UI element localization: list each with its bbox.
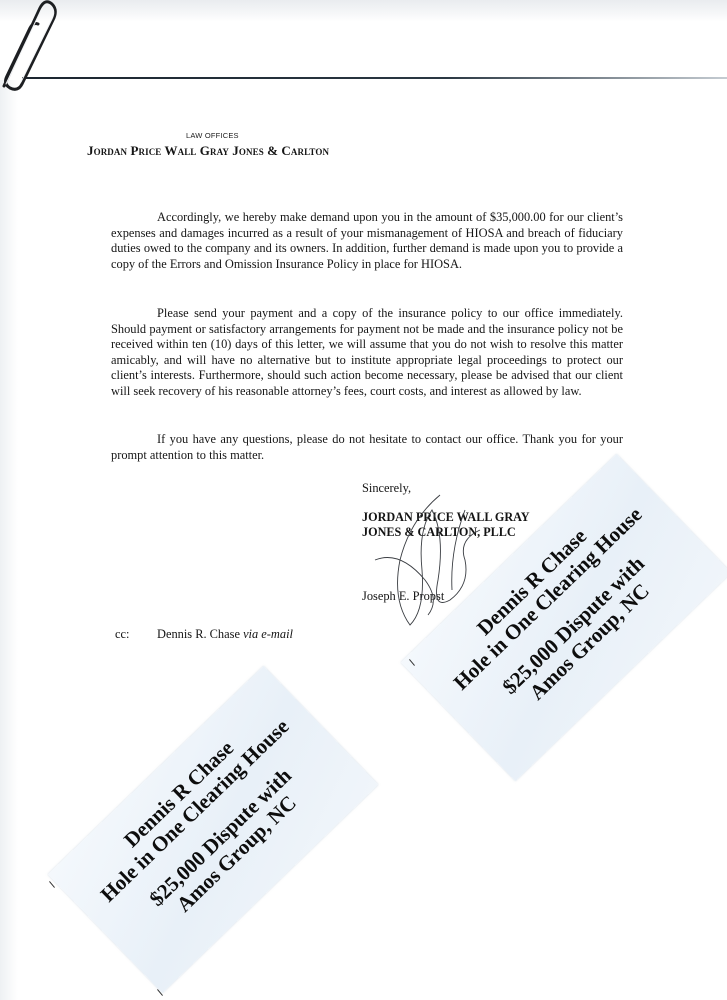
cc-recipient-name: Dennis R. Chase	[157, 627, 240, 641]
body-paragraph-questions: If you have any questions, please do not…	[111, 432, 623, 463]
body-paragraph-payment: Please send your payment and a copy of t…	[111, 306, 623, 400]
page-top-edge	[22, 77, 727, 79]
letterhead-firm-name: Jordan Price Wall Gray Jones & Carlton	[87, 143, 329, 159]
cc-method: via e-mail	[243, 627, 293, 641]
scan-left-shade	[0, 80, 18, 1000]
crop-mark	[49, 881, 55, 888]
paperclip-icon	[0, 0, 70, 92]
sticky-note-label: Dennis R Chase Hole in One Clearing Hous…	[48, 666, 378, 993]
letterhead-label: LAW OFFICES	[186, 131, 239, 140]
cc-label: cc:	[115, 627, 129, 642]
cc-recipient: Dennis R. Chase via e-mail	[157, 627, 293, 642]
scan-top-shadow	[0, 0, 727, 22]
body-paragraph-demand: Accordingly, we hereby make demand upon …	[111, 210, 623, 272]
